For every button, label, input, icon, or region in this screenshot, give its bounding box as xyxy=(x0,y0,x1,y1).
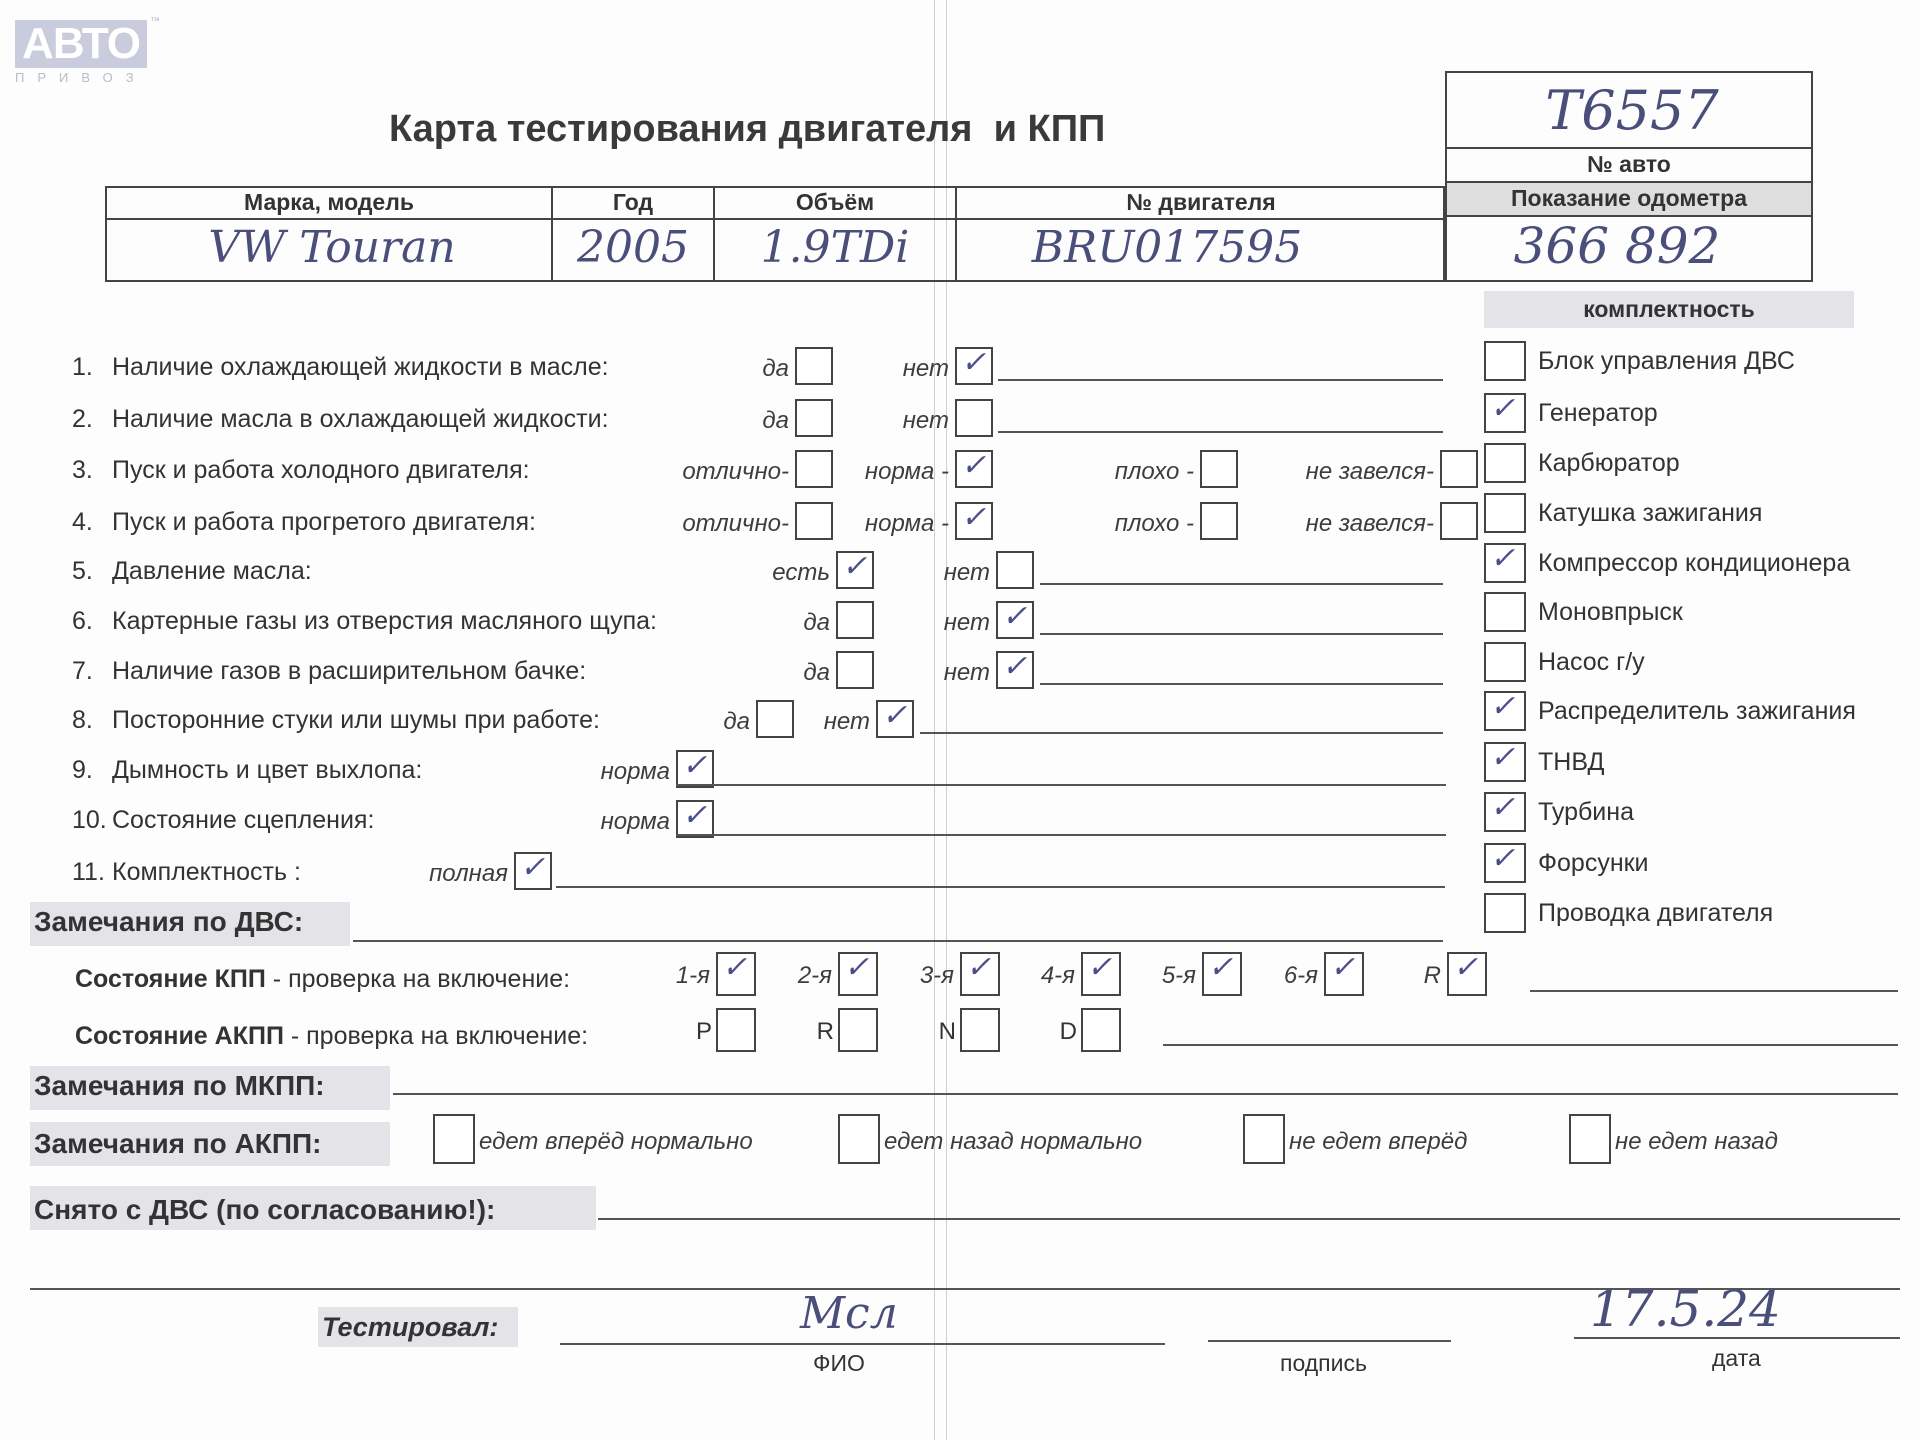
option-label: да xyxy=(625,407,789,435)
check-mark-icon: ✓ xyxy=(682,748,707,783)
notes-line[interactable] xyxy=(1040,583,1443,585)
option-label: норма xyxy=(506,758,670,786)
option-label: норма - xyxy=(785,458,949,486)
option-label: нет xyxy=(826,609,990,637)
col-engine-number: № двигателя xyxy=(957,189,1445,216)
check-mark-icon: ✓ xyxy=(1490,689,1515,724)
signature-caption: подпись xyxy=(1280,1350,1367,1377)
option-label: отлично- xyxy=(625,510,789,538)
check-mark-icon: ✓ xyxy=(682,798,707,833)
checkbox-10-1[interactable]: ✓ xyxy=(676,800,714,838)
auto-number-label: № авто xyxy=(1447,151,1811,178)
gear-label: 5-я xyxy=(1118,962,1196,990)
auto-gearbox-label-bold: Состояние АКПП xyxy=(75,1022,284,1050)
auto-remark-label: едет вперёд нормально xyxy=(479,1128,753,1156)
manual-gearbox-label-rest: - проверка на включение: xyxy=(266,965,570,993)
remarks-manual-label: Замечания по МКПП: xyxy=(34,1070,325,1102)
row-label: Пуск и работа холодного двигателя: xyxy=(112,456,530,485)
date-value[interactable]: 17.5.24 xyxy=(1590,1280,1781,1338)
position-label: P xyxy=(676,1018,712,1046)
row-label: Картерные газы из отверстия масляного щу… xyxy=(112,607,657,636)
row-label: Состояние сцепления: xyxy=(112,806,374,835)
auto-gearbox-label: Состояние АКПП - проверка на включение: xyxy=(75,1022,588,1051)
option-label: норма - xyxy=(785,510,949,538)
gear-label: R xyxy=(1363,962,1441,990)
check-mark-icon: ✓ xyxy=(1002,649,1027,684)
check-mark-icon: ✓ xyxy=(1490,841,1515,876)
gear-label: 3-я xyxy=(876,962,954,990)
volume-value[interactable]: 1.9TDi xyxy=(715,222,955,273)
gear-checkbox[interactable]: ✓ xyxy=(1324,952,1364,996)
check-mark-icon: ✓ xyxy=(1490,790,1515,825)
completeness-checkbox[interactable]: ✓ xyxy=(1484,393,1526,433)
option-label: нет xyxy=(706,708,870,736)
check-mark-icon: ✓ xyxy=(1490,541,1515,576)
gear-label: 1-я xyxy=(632,962,710,990)
date-input[interactable] xyxy=(1574,1337,1900,1339)
option-label: отлично- xyxy=(625,458,789,486)
row-label: Наличие масла в охлаждающей жидкости: xyxy=(112,405,609,434)
remarks-engine-input[interactable] xyxy=(353,940,1443,942)
checkbox-6-2[interactable]: ✓ xyxy=(996,601,1034,639)
completeness-label: Насос г/у xyxy=(1538,648,1645,677)
row-label: Комплектность : xyxy=(112,858,301,887)
logo-trademark: ™ xyxy=(150,16,160,27)
completeness-label: ТНВД xyxy=(1538,748,1604,777)
position-label: R xyxy=(798,1018,834,1046)
odometer-label: Показание одометра xyxy=(1447,185,1811,212)
notes-line[interactable] xyxy=(1040,633,1443,635)
check-mark-icon: ✓ xyxy=(961,448,986,483)
row-number: 8. xyxy=(72,706,93,735)
check-mark-icon: ✓ xyxy=(961,500,986,535)
auto-remark-checkbox[interactable] xyxy=(838,1114,880,1164)
completeness-label: Моновпрыск xyxy=(1538,598,1683,627)
option-label: не завелся- xyxy=(1270,510,1434,538)
check-mark-icon: ✓ xyxy=(1330,950,1355,985)
check-mark-icon: ✓ xyxy=(966,950,991,985)
notes-line[interactable] xyxy=(1040,683,1443,685)
remarks-engine-label: Замечания по ДВС: xyxy=(34,906,303,938)
gear-checkbox[interactable]: ✓ xyxy=(1447,952,1487,996)
vehicle-info-table: Марка, модель Год Объём № двигателя VW T… xyxy=(105,186,1445,282)
check-mark-icon: ✓ xyxy=(1002,599,1027,634)
completeness-checkbox[interactable] xyxy=(1484,592,1526,632)
completeness-checkbox[interactable] xyxy=(1484,642,1526,682)
row-number: 6. xyxy=(72,607,93,636)
completeness-title: комплектность xyxy=(1484,296,1854,323)
checkbox-3-3[interactable] xyxy=(1200,450,1238,488)
year-value[interactable]: 2005 xyxy=(553,222,713,273)
row-label: Посторонние стуки или шумы при работе: xyxy=(112,706,600,735)
auto-gearbox-label-rest: - проверка на включение: xyxy=(284,1022,588,1050)
completeness-checkbox[interactable] xyxy=(1484,893,1526,933)
gear-checkbox[interactable]: ✓ xyxy=(1081,952,1121,996)
auto-gearbox-notes[interactable] xyxy=(1163,1044,1898,1046)
manual-gearbox-notes[interactable] xyxy=(1530,990,1898,992)
row-number: 10. xyxy=(72,806,107,835)
tester-name-input[interactable] xyxy=(560,1343,1165,1345)
position-checkbox[interactable] xyxy=(960,1008,1000,1052)
page-title: Карта тестирования двигателя и КПП xyxy=(389,108,1105,151)
auto-remark-label: не едет вперёд xyxy=(1289,1128,1467,1156)
auto-remark-checkbox[interactable] xyxy=(1569,1114,1611,1164)
gear-checkbox[interactable]: ✓ xyxy=(838,952,878,996)
logo: АВТО xyxy=(15,20,147,68)
completeness-label: Компрессор кондиционера xyxy=(1538,549,1850,578)
tested-by-label: Тестировал: xyxy=(322,1312,498,1343)
check-mark-icon: ✓ xyxy=(722,950,747,985)
row-label: Наличие газов в расширительном бачке: xyxy=(112,657,586,686)
option-label: не завелся- xyxy=(1270,458,1434,486)
removed-label: Снято с ДВС (по согласованию!): xyxy=(34,1194,495,1226)
completeness-label: Карбюратор xyxy=(1538,449,1680,478)
checkbox-7-2[interactable]: ✓ xyxy=(996,651,1034,689)
completeness-label: Генератор xyxy=(1538,399,1658,428)
remarks-manual-input[interactable] xyxy=(393,1093,1898,1095)
auto-remark-label: едет назад нормально xyxy=(884,1128,1142,1156)
option-label: да xyxy=(625,355,789,383)
check-mark-icon: ✓ xyxy=(1208,950,1233,985)
checkbox-8-2[interactable]: ✓ xyxy=(876,700,914,738)
check-mark-icon: ✓ xyxy=(1453,950,1478,985)
auto-number-value[interactable]: T6557 xyxy=(1467,79,1797,142)
col-volume: Объём xyxy=(715,189,955,216)
row-label: Дымность и цвет выхлопа: xyxy=(112,756,422,785)
checkbox-2-2[interactable] xyxy=(955,399,993,437)
row-number: 9. xyxy=(72,756,93,785)
notes-line[interactable] xyxy=(920,732,1443,734)
completeness-checkbox[interactable]: ✓ xyxy=(1484,691,1526,731)
manual-gearbox-label-bold: Состояние КПП xyxy=(75,965,266,993)
gear-checkbox[interactable]: ✓ xyxy=(716,952,756,996)
checkbox-5-2[interactable] xyxy=(996,551,1034,589)
check-mark-icon: ✓ xyxy=(1087,950,1112,985)
completeness-label: Блок управления ДВС xyxy=(1538,347,1795,376)
date-caption: дата xyxy=(1712,1345,1761,1372)
completeness-label: Турбина xyxy=(1538,798,1634,827)
signature-input[interactable] xyxy=(1208,1340,1451,1342)
option-label: нет xyxy=(785,407,949,435)
checkbox-9-1[interactable]: ✓ xyxy=(676,750,714,788)
row-label: Давление масла: xyxy=(112,557,312,586)
option-label: полная xyxy=(344,860,508,888)
odometer-value[interactable]: 366 892 xyxy=(1447,217,1787,275)
option-label: плохо - xyxy=(1030,510,1194,538)
checkbox-3-4[interactable] xyxy=(1440,450,1478,488)
row-number: 5. xyxy=(72,557,93,586)
position-checkbox[interactable] xyxy=(716,1008,756,1052)
check-mark-icon: ✓ xyxy=(961,345,986,380)
auto-remark-checkbox[interactable] xyxy=(1243,1114,1285,1164)
col-year: Год xyxy=(553,189,713,216)
gear-label: 6-я xyxy=(1240,962,1318,990)
engine-number-value[interactable]: BRU017595 xyxy=(957,222,1377,273)
gear-checkbox[interactable]: ✓ xyxy=(1202,952,1242,996)
completeness-label: Распределитель зажигания xyxy=(1538,697,1856,726)
option-label: нет xyxy=(785,355,949,383)
row-number: 4. xyxy=(72,508,93,537)
completeness-checkbox[interactable]: ✓ xyxy=(1484,742,1526,782)
check-mark-icon: ✓ xyxy=(520,850,545,885)
completeness-checkbox[interactable] xyxy=(1484,443,1526,483)
remarks-auto-label: Замечания по АКПП: xyxy=(34,1128,321,1160)
position-checkbox[interactable] xyxy=(838,1008,878,1052)
checkbox-4-3[interactable] xyxy=(1200,502,1238,540)
make-model-value[interactable]: VW Touran xyxy=(117,222,547,273)
checkbox-4-2[interactable]: ✓ xyxy=(955,502,993,540)
tester-name-value[interactable]: Мсл xyxy=(800,1288,898,1339)
gear-label: 4-я xyxy=(997,962,1075,990)
completeness-checkbox[interactable]: ✓ xyxy=(1484,543,1526,583)
gear-label: 2-я xyxy=(754,962,832,990)
row-number: 11. xyxy=(72,858,105,887)
checkbox-3-2[interactable]: ✓ xyxy=(955,450,993,488)
option-label: норма xyxy=(506,808,670,836)
name-caption: ФИО xyxy=(813,1350,865,1377)
position-label: D xyxy=(1041,1018,1077,1046)
row-number: 3. xyxy=(72,456,93,485)
check-mark-icon: ✓ xyxy=(882,698,907,733)
removed-input[interactable] xyxy=(598,1218,1900,1220)
completeness-checkbox[interactable]: ✓ xyxy=(1484,843,1526,883)
checkbox-11-1[interactable]: ✓ xyxy=(514,852,552,890)
col-make-model: Марка, модель xyxy=(107,189,551,216)
manual-gearbox-label: Состояние КПП - проверка на включение: xyxy=(75,965,570,994)
row-number: 7. xyxy=(72,657,93,686)
option-label: есть xyxy=(666,559,830,587)
completeness-label: Форсунки xyxy=(1538,849,1649,878)
completeness-checkbox[interactable] xyxy=(1484,493,1526,533)
option-label: нет xyxy=(826,659,990,687)
gear-checkbox[interactable]: ✓ xyxy=(960,952,1000,996)
position-label: N xyxy=(920,1018,956,1046)
check-mark-icon: ✓ xyxy=(1490,391,1515,426)
check-mark-icon: ✓ xyxy=(1490,740,1515,775)
row-number: 1. xyxy=(72,353,93,382)
completeness-label: Катушка зажигания xyxy=(1538,499,1762,528)
notes-line[interactable] xyxy=(556,886,1445,888)
position-checkbox[interactable] xyxy=(1081,1008,1121,1052)
check-mark-icon: ✓ xyxy=(844,950,869,985)
notes-line[interactable] xyxy=(676,784,1446,786)
auto-remark-checkbox[interactable] xyxy=(433,1114,475,1164)
row-number: 2. xyxy=(72,405,93,434)
checkbox-4-4[interactable] xyxy=(1440,502,1478,540)
option-label: нет xyxy=(826,559,990,587)
notes-line[interactable] xyxy=(676,834,1446,836)
option-label: да xyxy=(666,609,830,637)
option-label: да xyxy=(666,659,830,687)
auto-remark-label: не едет назад xyxy=(1615,1128,1778,1156)
auto-info-box: T6557 № авто Показание одометра 366 892 xyxy=(1445,71,1813,282)
row-label: Наличие охлаждающей жидкости в масле: xyxy=(112,353,609,382)
completeness-checkbox[interactable] xyxy=(1484,341,1526,381)
checkbox-1-2[interactable]: ✓ xyxy=(955,347,993,385)
notes-line[interactable] xyxy=(998,431,1443,433)
option-label: плохо - xyxy=(1030,458,1194,486)
completeness-label: Проводка двигателя xyxy=(1538,899,1773,928)
notes-line[interactable] xyxy=(998,379,1443,381)
completeness-checkbox[interactable]: ✓ xyxy=(1484,792,1526,832)
logo-subtitle: ПРИВОЗ xyxy=(15,70,147,85)
row-label: Пуск и работа прогретого двигателя: xyxy=(112,508,536,537)
